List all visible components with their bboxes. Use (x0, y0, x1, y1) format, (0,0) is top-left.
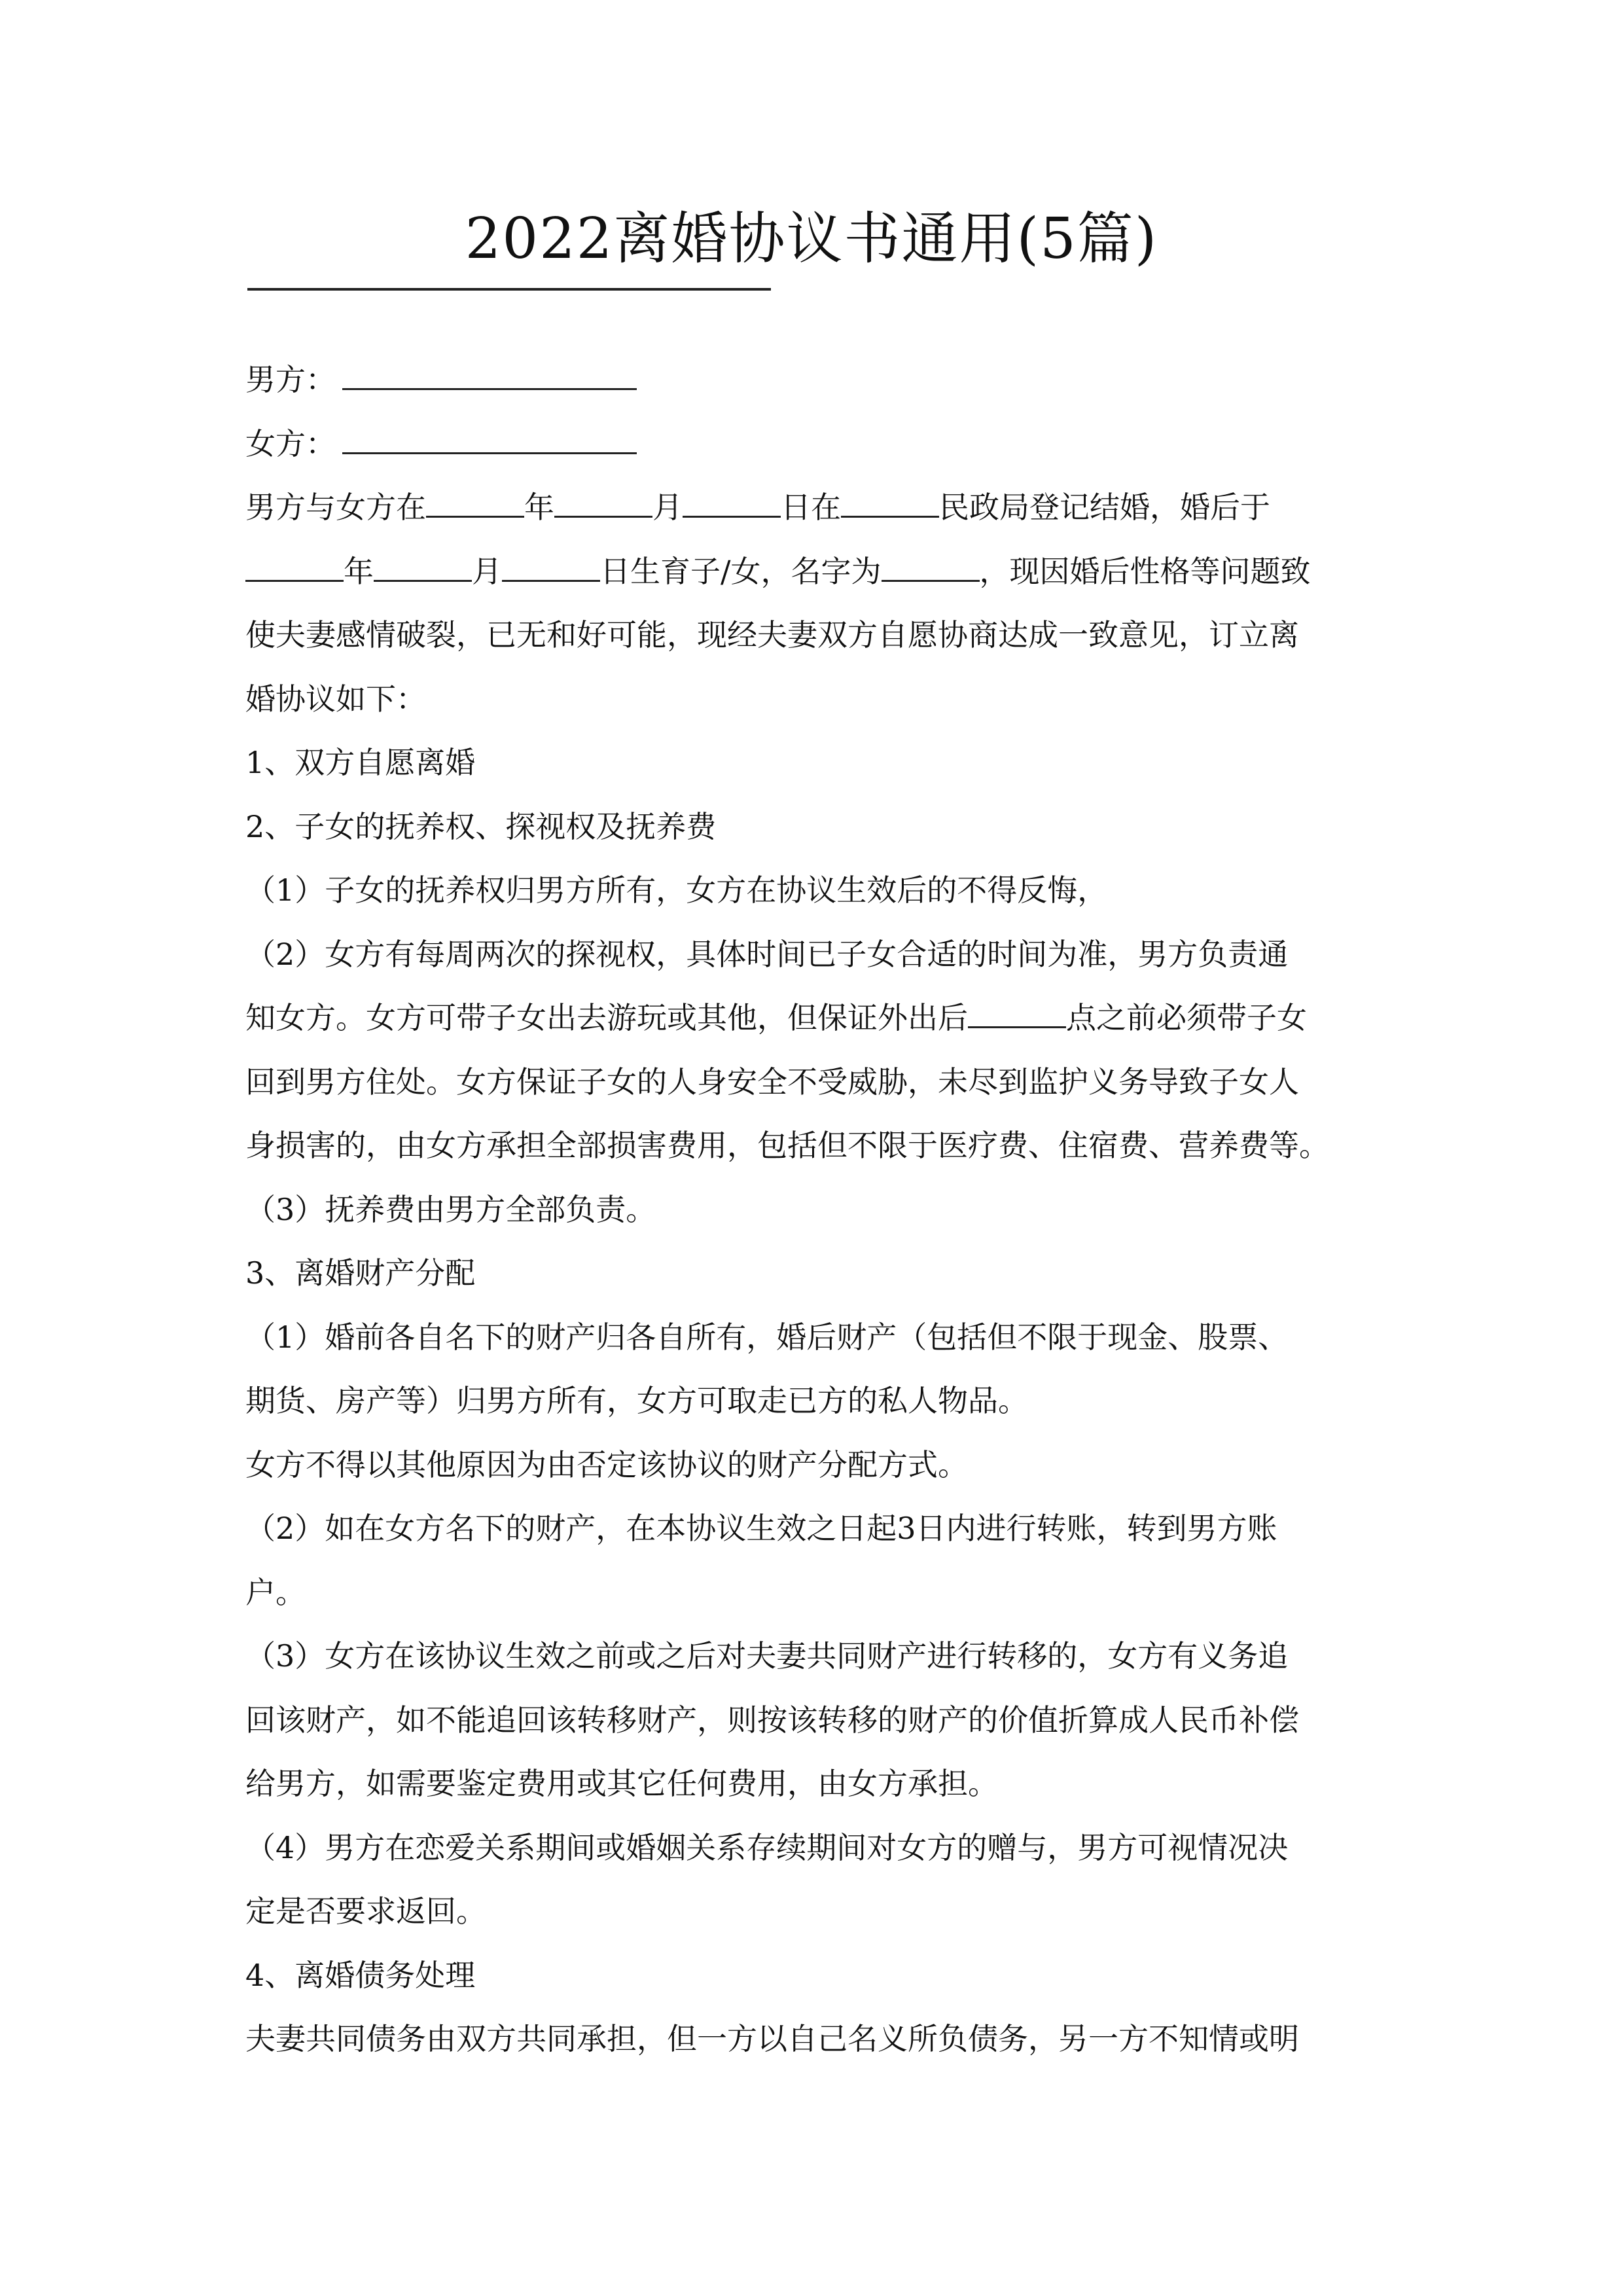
document-title: 2022离婚协议书通用(5篇) (0, 196, 1623, 281)
intro-text: 日在 (781, 490, 841, 525)
property-item-4-line-2: 定是否要求返回。 (245, 1880, 1378, 1944)
birth-year-blank[interactable] (245, 554, 344, 582)
document-body: 男方： 女方： 男方与女方在年月日在民政局登记结婚，婚后于 年月日生育子/女，名… (245, 348, 1378, 2072)
custody-item-2-line-1: （2）女方有每周两次的探视权，具体时间已子女合适的时间为准，男方负责通 (245, 923, 1378, 987)
intro-text: 月 (652, 490, 683, 525)
marriage-year-blank[interactable] (426, 490, 524, 518)
intro-line-1: 男方与女方在年月日在民政局登记结婚，婚后于 (245, 476, 1378, 540)
intro-text: 年 (524, 490, 554, 525)
section-heading-3: 3、离婚财产分配 (245, 1242, 1378, 1306)
property-item-1-line-3: 女方不得以其他原因为由否定该协议的财产分配方式。 (245, 1433, 1378, 1498)
male-party-field: 男方： (245, 348, 1378, 412)
custody-item-3: （3）抚养费由男方全部负责。 (245, 1178, 1378, 1242)
intro-line-3: 使夫妻感情破裂，已无和好可能，现经夫妻双方自愿协商达成一致意见，订立离 (245, 603, 1378, 668)
custody-item-2-line-4: 身损害的，由女方承担全部损害费用，包括但不限于医疗费、住宿费、营养费等。 (245, 1114, 1378, 1178)
property-item-3-line-3: 给男方，如需要鉴定费用或其它任何费用，由女方承担。 (245, 1752, 1378, 1816)
intro-text: 年 (344, 554, 374, 589)
intro-text: 日生育子/女，名字为 (600, 554, 882, 589)
birth-day-blank[interactable] (502, 554, 600, 582)
female-party-label: 女方： (245, 426, 336, 461)
section-heading-1: 1、双方自愿离婚 (245, 731, 1378, 795)
intro-line-4: 婚协议如下： (245, 668, 1378, 732)
intro-text: 男方与女方在 (245, 490, 426, 525)
custody-text: 知女方。女方可带子女出去游玩或其他，但保证外出后 (245, 1000, 968, 1035)
custody-text: 点之前必须带子女 (1066, 1000, 1307, 1035)
custody-item-1: （1）子女的抚养权归男方所有，女方在协议生效后的不得反悔， (245, 859, 1378, 923)
property-item-2-line-1: （2）如在女方名下的财产，在本协议生效之日起3日内进行转账，转到男方账 (245, 1497, 1378, 1561)
section-heading-4: 4、离婚债务处理 (245, 1944, 1378, 2008)
property-item-1-line-1: （1）婚前各自名下的财产归各自所有，婚后财产（包括但不限于现金、股票、 (245, 1306, 1378, 1370)
birth-month-blank[interactable] (374, 554, 472, 582)
marriage-month-blank[interactable] (554, 490, 652, 518)
property-item-1-line-2: 期货、房产等）归男方所有，女方可取走已方的私人物品。 (245, 1369, 1378, 1433)
property-item-3-line-2: 回该财产，如不能追回该转移财产，则按该转移的财产的价值折算成人民币补偿 (245, 1689, 1378, 1753)
custody-item-2-line-2: 知女方。女方可带子女出去游玩或其他，但保证外出后点之前必须带子女 (245, 986, 1378, 1050)
custody-item-2-line-3: 回到男方住处。女方保证子女的人身安全不受威胁，未尽到监护义务导致子女人 (245, 1050, 1378, 1115)
property-item-3-line-1: （3）女方在该协议生效之前或之后对夫妻共同财产进行转移的，女方有义务追 (245, 1624, 1378, 1689)
intro-text: 民政局登记结婚，婚后于 (939, 490, 1270, 525)
debt-line-1: 夫妻共同债务由双方共同承担，但一方以自己名义所负债务，另一方不知情或明 (245, 2007, 1378, 2072)
civil-bureau-blank[interactable] (841, 490, 939, 518)
female-party-field: 女方： (245, 412, 1378, 476)
return-hour-blank[interactable] (968, 1000, 1066, 1028)
male-party-blank[interactable] (342, 362, 637, 390)
property-item-2-line-2: 户。 (245, 1561, 1378, 1625)
male-party-label: 男方： (245, 362, 336, 397)
property-item-4-line-1: （4）男方在恋爱关系期间或婚姻关系存续期间对女方的赠与，男方可视情况决 (245, 1816, 1378, 1880)
female-party-blank[interactable] (342, 426, 637, 454)
intro-text: ，现因婚后性格等问题致 (980, 554, 1311, 589)
marriage-day-blank[interactable] (683, 490, 781, 518)
title-separator (247, 288, 771, 291)
intro-text: 月 (472, 554, 502, 589)
intro-line-2: 年月日生育子/女，名字为，现因婚后性格等问题致 (245, 540, 1378, 604)
section-heading-2: 2、子女的抚养权、探视权及抚养费 (245, 795, 1378, 859)
child-name-blank[interactable] (882, 554, 980, 582)
